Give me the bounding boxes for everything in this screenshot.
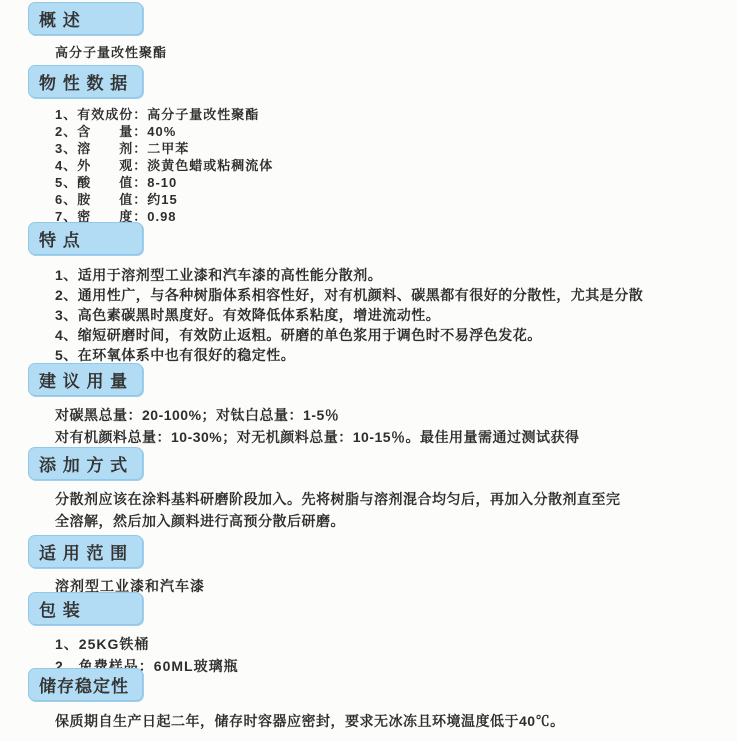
property-line: 1、有效成份：高分子量改性聚酯 [55, 106, 717, 123]
section-title-features: 特 点 [28, 222, 143, 255]
section-title-application-scope: 适 用 范 围 [28, 535, 143, 568]
property-line: 5、酸 值：8-10 [55, 174, 717, 191]
section-packaging: 包 装 1、25KG铁桶 2、免费样品：60ML玻璃瓶 [0, 592, 737, 677]
packaging-line: 1、25KG铁桶 [55, 633, 717, 655]
feature-line: 5、在环氧体系中也有很好的稳定性。 [55, 345, 717, 365]
section-body-features: 1、适用于溶剂型工业漆和汽车漆的高性能分散剂。 2、通用性广，与各种树脂体系相容… [55, 265, 717, 365]
section-title-storage-stability: 储存稳定性 [28, 668, 143, 701]
feature-line: 2、通用性广，与各种树脂体系相容性好，对有机颜料、碳黑都有很好的分散性，尤其是分… [55, 285, 717, 305]
section-body-storage-stability: 保质期自生产日起二年，储存时容器应密封，要求无冰冻且环境温度低于40℃。 [55, 711, 717, 731]
section-body-addition-method: 分散剂应该在涂料基料研磨阶段加入。先将树脂与溶剂混合均匀后，再加入分散剂直至完 … [55, 488, 717, 532]
section-title-packaging: 包 装 [28, 592, 143, 625]
property-line: 4、外 观：淡黄色蜡或粘稠流体 [55, 157, 717, 174]
section-body-overview: 高分子量改性聚酯 [55, 44, 717, 61]
dosage-line: 对碳黑总量：20-100%；对钛白总量：1-5％ [55, 404, 717, 426]
section-body-physical-properties: 1、有效成份：高分子量改性聚酯 2、含 量：40% 3、溶 剂：二甲苯 4、外 … [55, 106, 717, 225]
feature-line: 3、高色素碳黑时黑度好。有效降低体系粘度，增进流动性。 [55, 305, 717, 325]
section-recommended-dosage: 建 议 用 量 对碳黑总量：20-100%；对钛白总量：1-5％ 对有机颜料总量… [0, 363, 737, 448]
datasheet-page: 概 述 高分子量改性聚酯 物 性 数 据 1、有效成份：高分子量改性聚酯 2、含… [0, 0, 737, 741]
section-features: 特 点 1、适用于溶剂型工业漆和汽车漆的高性能分散剂。 2、通用性广，与各种树脂… [0, 222, 737, 365]
property-line: 2、含 量：40% [55, 123, 717, 140]
section-storage-stability: 储存稳定性 保质期自生产日起二年，储存时容器应密封，要求无冰冻且环境温度低于40… [0, 668, 737, 731]
storage-stability-text: 保质期自生产日起二年，储存时容器应密封，要求无冰冻且环境温度低于40℃。 [55, 711, 717, 731]
property-line: 6、胺 值：约15 [55, 191, 717, 208]
section-title-addition-method: 添 加 方 式 [28, 447, 143, 480]
overview-text: 高分子量改性聚酯 [55, 44, 717, 61]
section-title-overview: 概 述 [28, 2, 143, 35]
addition-method-line: 全溶解，然后加入颜料进行高预分散后研磨。 [55, 510, 717, 532]
dosage-line: 对有机颜料总量：10-30%；对无机颜料总量：10-15％。最佳用量需通过测试获… [55, 426, 717, 448]
feature-line: 4、缩短研磨时间，有效防止返粗。研磨的单色浆用于调色时不易浮色发花。 [55, 325, 717, 345]
section-title-physical-properties: 物 性 数 据 [28, 65, 143, 98]
section-addition-method: 添 加 方 式 分散剂应该在涂料基料研磨阶段加入。先将树脂与溶剂混合均匀后，再加… [0, 447, 737, 532]
feature-line: 1、适用于溶剂型工业漆和汽车漆的高性能分散剂。 [55, 265, 717, 285]
section-title-recommended-dosage: 建 议 用 量 [28, 363, 143, 396]
property-line: 3、溶 剂：二甲苯 [55, 140, 717, 157]
section-physical-properties: 物 性 数 据 1、有效成份：高分子量改性聚酯 2、含 量：40% 3、溶 剂：… [0, 65, 737, 225]
section-application-scope: 适 用 范 围 溶剂型工业漆和汽车漆 [0, 535, 737, 596]
addition-method-line: 分散剂应该在涂料基料研磨阶段加入。先将树脂与溶剂混合均匀后，再加入分散剂直至完 [55, 488, 717, 510]
section-overview: 概 述 高分子量改性聚酯 [0, 2, 737, 61]
section-body-recommended-dosage: 对碳黑总量：20-100%；对钛白总量：1-5％ 对有机颜料总量：10-30%；… [55, 404, 717, 448]
